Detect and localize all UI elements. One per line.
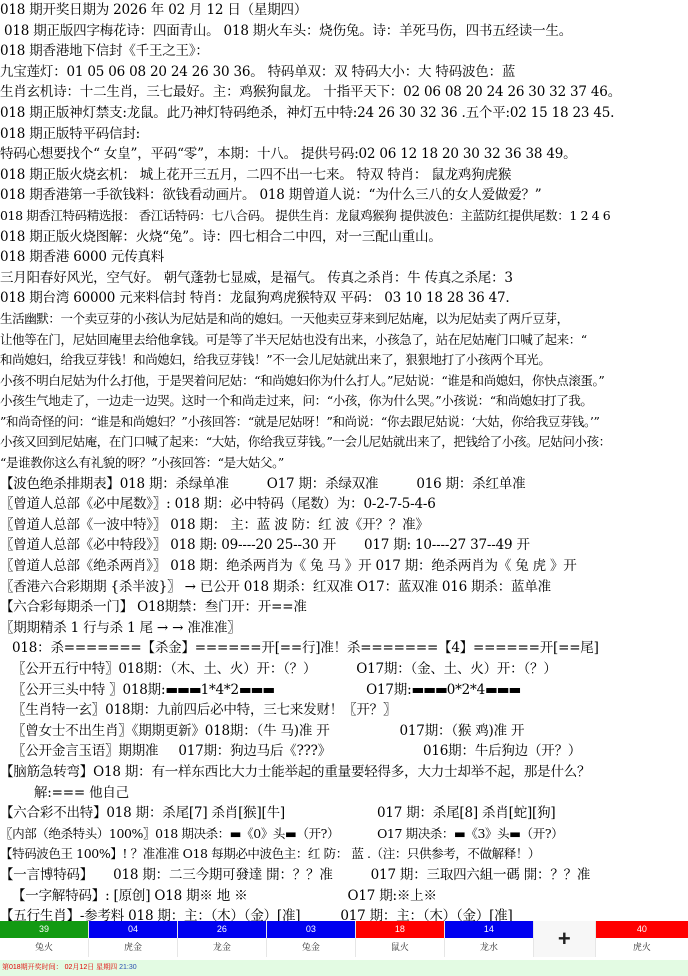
result-ball: 04 虎金 — [89, 921, 178, 957]
footer-prefix: 第018期开奖时间： — [2, 964, 63, 971]
story-line: 小孩不明白尼姑为什么打他，于是哭着问尼姑：“和尚媳妇你为什么打人。”尼姑说：“谁… — [0, 371, 688, 392]
kill-detail: 018：杀=======【杀金】======开[==行]准！杀=======【4… — [0, 638, 688, 659]
segment-row: 〖曾道人总部《必中特段》〗 018 期: 09----20 25--30 开01… — [0, 535, 688, 556]
section-title: 【特码波色王 100%】 — [0, 846, 122, 861]
text-line: 九宝莲灯：01 05 06 08 20 24 26 30 36。 特码单双：双 … — [0, 62, 688, 83]
riddle-answer: 解:=== 他自己 — [0, 783, 688, 804]
ball-label: 兔火 — [0, 938, 88, 957]
text-line: 018 期正版火烧图解：火烧“兔”。诗：四七相合二中四，对一三配山重山。 — [0, 227, 688, 248]
result-ball: 39 兔火 — [0, 921, 89, 957]
section-title: 〖公开金言玉语〗期期准 — [12, 743, 158, 759]
text-line: 018 期香港第一手欲钱料：欲钱看动画片。 018 期曾道人说：“为什么三八的女… — [0, 185, 688, 206]
draw-time-footer: 第018期开奖时间： 02月12日 星期四 21:30 — [0, 960, 688, 976]
section-title: 〖公开三头中特 〗 — [12, 682, 123, 698]
result-ball: 18 鼠火 — [356, 921, 445, 957]
ball-label: 虎火 — [596, 938, 688, 957]
section-title: 〖曾道人总部《一波中特》〗 — [0, 517, 166, 533]
period-017: O17 期：杀绿双准 — [267, 476, 379, 492]
period-016: 016 期：杀红单准 — [416, 476, 525, 492]
golden-row: 〖公开金言玉语〗期期准017期：狗边马后《???》016期：牛后狗边（开？） — [0, 741, 688, 762]
section-title: 【六合彩每期杀一门】 — [0, 599, 133, 615]
zodiac-one-value: 018期：九前四后必中特，三七来发财！〖开？〗 — [105, 702, 396, 718]
story-line: 小孩又回到尼姑庵，在门口喊了起来：“大姑，你给我豆芽钱。”一会儿尼姑就出来了，把… — [0, 432, 688, 453]
plus-separator: + — [534, 921, 596, 957]
zodiac-one-row: 〖生肖特一玄〗018期：九前四后必中特，三七来发财！〖开？〗 — [0, 700, 688, 721]
period-017-label: O17期: — [366, 682, 411, 698]
section-title: 〖公开五行中特〗 — [12, 661, 118, 677]
inner-row: 〖内部（绝杀特头）100%〗018 期决杀：▬《0》头▬（开?）O17 期决杀：… — [0, 824, 688, 845]
section-title: 【波色绝杀排期表】 — [0, 476, 120, 492]
period-017: O17 期:※上※ — [348, 888, 437, 904]
section-title: 〖香港六合彩期期 {杀半波}〗 — [0, 579, 180, 595]
plus-icon: + — [558, 928, 571, 950]
tail-value: 018 期：必中特码（尾数）为：0-2-7-5-4-6 — [175, 496, 436, 512]
half-wave-value: → 已公开 018 期杀：红双准 O17：蓝双准 016 期杀：蓝单准 — [185, 579, 551, 595]
one-word-bet-row: 【一言博特码】018 期：二三今期可發達 開：？？准017 期：三取四六組一碼 … — [0, 865, 688, 886]
ball-number: 26 — [178, 921, 266, 938]
ball-number: 18 — [356, 921, 444, 938]
one-gate-value: O18期禁：叁门开：开==准 — [137, 599, 307, 615]
footer-weekday: 星期四 — [96, 964, 117, 971]
period-017: 017 期: 10----27 37--49 开 — [364, 537, 530, 553]
kill-row-title: 〖期期精杀 1 行与杀 1 尾 → → 准准准〗 — [0, 618, 688, 639]
text-line: 018 期正版四字梅花诗：四面青山。 018 期火车头：烧伤兔。诗：羊死马伤，四… — [0, 21, 688, 42]
one-gate-row: 【六合彩每期杀一门】 O18期禁：叁门开：开==准 — [0, 597, 688, 618]
wave-king-value: ! ？准准准 O18 每期必中波色主：红 防： 蓝 .（注：只供参考，不做解释！… — [122, 846, 540, 861]
draw-date-heading: 018 期开奖日期为 2026 年 02 月 12 日（星期四） — [0, 0, 688, 21]
ball-number: 04 — [89, 921, 177, 938]
story-line: 让他等在门，尼姑回庵里去给他拿钱。可是等了半天尼姑也没有出来，小孩急了，站在尼姑… — [0, 330, 688, 351]
wave-value: 018 期： 主：蓝 波 防：红 波《开？？准》 — [170, 517, 428, 533]
text-line: 018 期正版火烧玄机： 城上花开三五月，二四不出一七来。 特双 特肖： 鼠龙鸡… — [0, 165, 688, 186]
wave-king-row: 【特码波色王 100%】! ？准准准 O18 每期必中波色主：红 防： 蓝 .（… — [0, 844, 688, 865]
riddle-question: O18 期：有一样东西比大力士能举起的重量要轻得多，大力士却举不起，那是什么？ — [93, 764, 590, 780]
wave-row: 〖曾道人总部《一波中特》〗 018 期： 主：蓝 波 防：红 波《开？？准》 — [0, 515, 688, 536]
ball-number: 39 — [0, 921, 88, 938]
bars-decoration: ▬▬▬ — [239, 682, 274, 698]
text-line: 018 期正版神灯禁支:龙鼠。此乃神灯特码绝杀，神灯五中特:24 26 30 3… — [0, 103, 688, 124]
ball-number: 40 — [596, 921, 688, 938]
section-title: 〖曾女士不出生肖〗《期期更新》 — [12, 723, 205, 739]
one-char-row: 【一字解特码】: [原创] O18 期※ 地 ※O17 期:※上※ — [0, 886, 688, 907]
result-ball: 03 兔金 — [267, 921, 356, 957]
period-017-value: 0*2*4 — [447, 682, 485, 698]
period-018-value: 1*4*2 — [201, 682, 239, 698]
result-balls: 39 兔火 04 虎金 26 龙金 03 兔金 18 鼠火 14 龙水 + 40… — [0, 921, 688, 957]
period-018: 018 期: 09----20 25--30 开 — [170, 537, 336, 553]
page-content: 018 期开奖日期为 2026 年 02 月 12 日（星期四） 018 期正版… — [0, 0, 688, 947]
text-line: 三月阳春好风光，空气好。 朝气蓬勃七显威，是福气。 传真之杀肖：牛 传真之杀尾：… — [0, 268, 688, 289]
bars-decoration: ▬▬▬ — [165, 682, 200, 698]
section-title: 〖生肖特一玄〗 — [12, 702, 105, 718]
half-wave-row: 〖香港六合彩期期 {杀半波}〗 → 已公开 018 期杀：红双准 O17：蓝双准… — [0, 577, 688, 598]
ball-label: 兔金 — [267, 938, 355, 957]
section-title: 〖曾道人总部《绝杀两肖》〗 — [0, 558, 166, 574]
text-line: 018 期台湾 60000 元来料信封 特肖：龙鼠狗鸡虎猴特双 平码： 03 1… — [0, 288, 688, 309]
text-line: 特码心想要找个“ 女皇”，平码“零”，本期：十八。 提供号码:02 06 12 … — [0, 144, 688, 165]
text-line: 生肖玄机诗：十二生肖，三七最好。主：鸡猴狗鼠龙。 十指平天下：02 06 08 … — [0, 82, 688, 103]
period-018: 018期：（牛 马)准 开 — [205, 723, 330, 739]
period-017: O17期：（金、土、火）开：（？） — [356, 661, 556, 677]
two-zodiac-row: 〖曾道人总部《绝杀两肖》〗 018 期：绝杀两肖为《 兔 马 》开 017 期：… — [0, 556, 688, 577]
ball-label: 龙水 — [445, 938, 533, 957]
result-ball: 26 龙金 — [178, 921, 267, 957]
bars-decoration: ▬▬▬ — [485, 682, 520, 698]
ball-label: 鼠火 — [356, 938, 444, 957]
five-element-row: 〖公开五行中特〗018期：（木、土、火）开：（？）O17期：（金、土、火）开：（… — [0, 659, 688, 680]
section-title: 【一言博特码】 — [0, 867, 93, 883]
ball-label: 虎金 — [89, 938, 177, 957]
section-title: 【六合彩不出特】 — [0, 805, 106, 821]
wave-kill-row: 【波色绝杀排期表】018 期：杀绿单准O17 期：杀绿双准016 期：杀红单准 — [0, 474, 688, 495]
riddle-row: 【脑筋急转弯】O18 期：有一样东西比大力士能举起的重量要轻得多，大力士却举不起… — [0, 762, 688, 783]
section-title: 【一字解特码】: — [12, 888, 109, 904]
ball-number: 03 — [267, 921, 355, 938]
period-017: 017 期：杀尾[8] 杀肖[蛇][狗] — [377, 805, 556, 821]
period-018: [原创] O18 期※ 地 ※ — [114, 888, 248, 904]
story-line: 和尚媳妇，给我豆芽钱！和尚媳妇，给我豆芽钱！”不一会儿尼姑就出来了，狠狠地打了小… — [0, 350, 688, 371]
story-line: 生活幽默：一个卖豆芽的小孩认为尼姑是和尚的媳妇。一天他卖豆芽来到尼姑庵，以为尼姑… — [0, 309, 688, 330]
period-018-label: 018期: — [123, 682, 166, 698]
section-title: 〖曾道人总部《必中特段》〗 — [0, 537, 166, 553]
period-017: 017 期：三取四六組一碼 開：？？准 — [371, 867, 591, 883]
story-line: ”和尚奇怪的问：“谁是和尚媳妇？”小孩回答：“就是尼姑呀！”和尚说：“你去跟尼姑… — [0, 412, 688, 433]
three-head-row: 〖公开三头中特 〗018期:▬▬▬1*4*2▬▬▬O17期:▬▬▬0*2*4▬▬… — [0, 680, 688, 701]
period-018: 018期：（木、土、火）开：（？） — [118, 661, 316, 677]
result-ball: 14 龙水 — [445, 921, 534, 957]
story-line: “是谁教你这么有礼貌的呀？”小孩回答：“是大姑父。” — [0, 453, 688, 474]
footer-time: 21:30 — [119, 964, 137, 971]
tail-row: 〖曾道人总部《必中尾数》〗: 018 期：必中特码（尾数）为：0-2-7-5-4… — [0, 494, 688, 515]
no-special-row: 【六合彩不出特】018 期：杀尾[7] 杀肖[猴][牛]017 期：杀尾[8] … — [0, 803, 688, 824]
bars-decoration: ▬▬▬ — [411, 682, 446, 698]
lady-row: 〖曾女士不出生肖〗《期期更新》018期：（牛 马)准 开017期：（猴 鸡)准 … — [0, 721, 688, 742]
period-017: 017期：狗边马后《???》 — [178, 743, 331, 759]
section-title: 【脑筋急转弯】 — [0, 764, 93, 780]
footer-date: 02月12日 — [65, 964, 95, 971]
text-line: 018 期香港地下信封《千王之王》： — [0, 41, 688, 62]
two-zodiac-value: 018 期：绝杀两肖为《 兔 马 》开 017 期：绝杀两肖为《 兔 虎 》开 — [170, 558, 576, 574]
period-017: O17 期决杀：▬《3》头▬（开?） — [377, 826, 563, 841]
ball-number: 14 — [445, 921, 533, 938]
story-line: 小孩生气地走了，一边走一边哭。这时一个和尚走过来，问：“小孩，你为什么哭。”小孩… — [0, 391, 688, 412]
period-018: 018 期：二三今期可發達 開：？？准 — [113, 867, 333, 883]
section-title: 〖曾道人总部《必中尾数》〗: — [0, 496, 171, 512]
section-title: 〖内部（绝杀特头）100%〗 — [0, 826, 155, 841]
period-018: 018 期：杀绿单准 — [120, 476, 229, 492]
period-018: 018 期决杀：▬《0》头▬（开?） — [155, 826, 339, 841]
period-018: 018 期：杀尾[7] 杀肖[猴][牛] — [106, 805, 285, 821]
period-016: 016期：牛后狗边（开？） — [423, 743, 581, 759]
text-line: 018 期香江特码精选报： 香江话特码：七八合码。 提供生肖：龙鼠鸡猴狗 提供波… — [0, 206, 688, 227]
special-ball: 40 虎火 — [596, 921, 688, 957]
text-line: 018 期正版特平码信封: — [0, 124, 688, 145]
ball-label: 龙金 — [178, 938, 266, 957]
period-017: 017期：（猴 鸡)准 开 — [400, 723, 525, 739]
text-line: 018 期香港 6000 元传真料 — [0, 247, 688, 268]
